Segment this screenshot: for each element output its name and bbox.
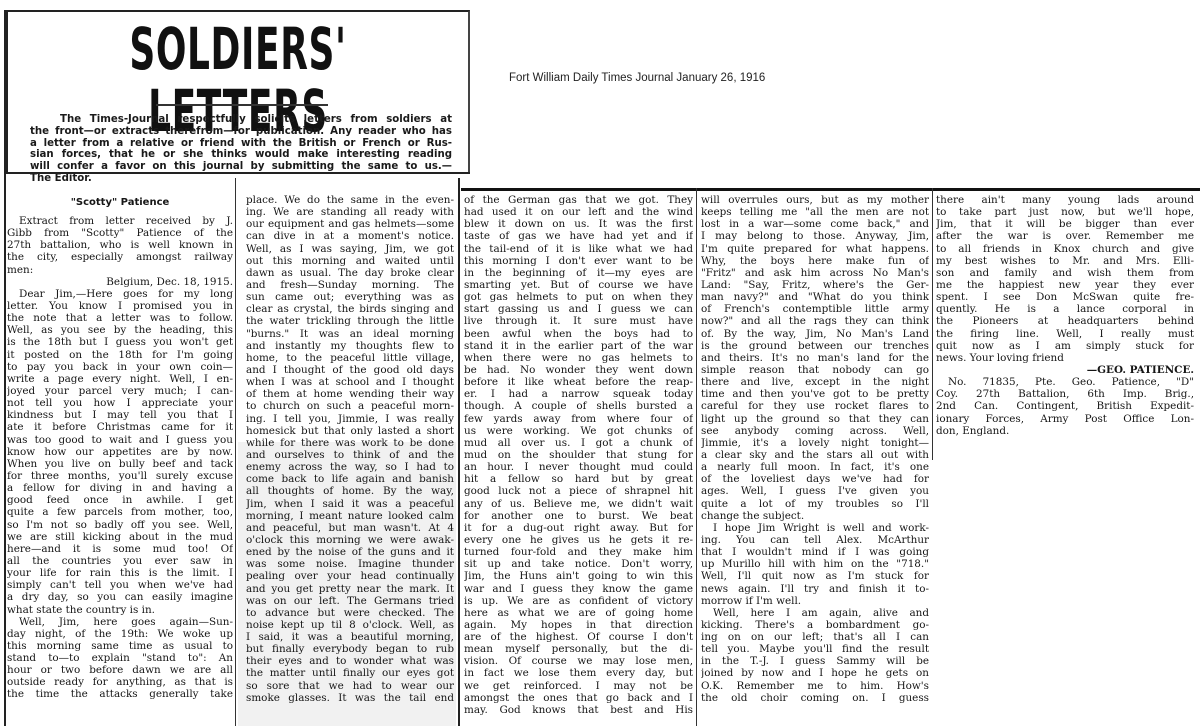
article-text-line: of French's contemptible little army — [701, 303, 929, 315]
article-text-line: hour or two before dawn we are all — [7, 664, 233, 676]
article-text-line: after the war is over. Remember me — [936, 230, 1194, 242]
article-text-line: so sore that we had to wear our — [246, 680, 454, 692]
left-border-rule — [4, 10, 6, 726]
article-text-line: Well, as I was saying, Jim, we got — [246, 243, 454, 255]
article-text-line: what state the country is in. — [7, 604, 233, 616]
editor-notice-line: will confer a favor on this journal by s… — [30, 161, 452, 173]
column-divider — [235, 178, 236, 726]
article-text-line: Well, I'll quit now as I'm stuck for — [701, 570, 929, 582]
article-text-line: was on our left. The Germans tried — [246, 595, 454, 607]
article-text-line: son and family and wish them from — [936, 267, 1194, 279]
article-text-line: ing. I tell you, Jimmie, I was really — [246, 413, 454, 425]
article-text-line: to pay you back in your own coin— — [7, 361, 233, 373]
article-text-line: home, to the peaceful little village, — [246, 352, 454, 364]
article-text-line: is the ground between our trenches — [701, 340, 929, 352]
article-text-line: come back to life again and banish — [246, 473, 454, 485]
column-divider — [458, 178, 460, 726]
article-text-line: start gassing us and I guess we can — [464, 303, 693, 315]
article-text-line: sit up and take notice. Don't worry, — [464, 558, 693, 570]
article-text-line: me the happiest new year they ever — [936, 279, 1194, 291]
article-text-line: the water trickling through the little — [246, 315, 454, 327]
article-text-line: Extract from letter received by J. — [7, 215, 233, 227]
article-text-line: time and then you've got to be pretty — [701, 388, 929, 400]
article-text-line: ages. Well, I guess I've given you — [701, 485, 929, 497]
article-text-line: so I'm not so badly off you see. Well, — [7, 519, 233, 531]
article-text-line: we get reinforced. I may not be — [464, 680, 693, 692]
article-text-line: of the German gas that we got. They — [464, 194, 693, 206]
newspaper-clipping: SOLDIERS' LETTERS The Times-Journal resp… — [0, 0, 1200, 726]
article-text-line: simple reason that nobody can go — [701, 364, 929, 376]
article-text-line: there ain't many young lads around — [936, 194, 1194, 206]
article-text-line: good luck not a piece of shrapnel hit — [464, 485, 693, 497]
editor-notice-line: The Times-Journal respectfully solicits … — [30, 114, 452, 126]
article-text-line: Why, the boys here make fun of — [701, 255, 929, 267]
article-text-line: mud on the shoulder that stung for — [464, 449, 693, 461]
article-text-line: dawn as usual. The day broke clear — [246, 267, 454, 279]
article-text-line: not tell you how I appreciate your — [7, 397, 233, 409]
article-text-line: up Murillo hill with him on the "718." — [701, 558, 929, 570]
column-divider — [696, 188, 697, 726]
article-text-line: this morning I don't ever want to be — [464, 255, 693, 267]
article-text-line: a clear sky and the stars all out with — [701, 449, 929, 461]
article-text-line: the Pioneers at headquarters behind — [936, 315, 1194, 327]
article-text-line: o'clock this morning we were awak- — [246, 534, 454, 546]
article-text-line: are of the highest. Of course I don't — [464, 631, 693, 643]
article-text-line: amongst the ones that go back and I — [464, 692, 693, 704]
article-text-line: this morning same time as usual to — [7, 640, 233, 652]
article-text-line: news again. I'll try and finish it to- — [701, 583, 929, 595]
editor-notice-line: sian forces, that he or she thinks would… — [30, 149, 452, 161]
article-text-line: their eyes and to wonder what was — [246, 655, 454, 667]
article-text-line: and you get pretty near the mark. It — [246, 583, 454, 595]
article-text-line: vision. Of course we may lose men, — [464, 655, 693, 667]
article-text-line: Gibb from "Scotty" Patience of the — [7, 227, 233, 239]
article-text-line: is the 18th but I guess you won't get — [7, 336, 233, 348]
article-text-line: when there were no gas helmets to — [464, 352, 693, 364]
article-text-line: Jim, that it will be bigger than ever — [936, 218, 1194, 230]
article-text-line: good feed once in awhile. I get — [7, 494, 233, 506]
editor-notice-line: a letter from a relative or friend with … — [30, 138, 452, 150]
article-text-line: Jim, when I said it was a peaceful — [246, 498, 454, 510]
article-text-line: O.K. Remember me to him. How's — [701, 680, 929, 692]
article-text-line: the note that a letter was to follow. — [7, 312, 233, 324]
article-text-line: will overrules ours, but as my mother — [701, 194, 929, 206]
article-text-line: noise kept up til 8 o'clock. Well, as — [246, 619, 454, 631]
column-divider — [932, 188, 933, 460]
article-headline: "Scotty" Patience — [7, 195, 233, 211]
article-text-line: —GEO. PATIENCE. — [936, 364, 1194, 376]
article-text-line: got gas helmets to put on when they — [464, 291, 693, 303]
article-text-line: ate it before Christmas came for it — [7, 421, 233, 433]
article-text-line: 27th battalion, who is well known in — [7, 239, 233, 251]
article-text-line: mud all over us. I got a chunk of — [464, 437, 693, 449]
article-text-line: and peaceful, but man wasn't. At 4 — [246, 522, 454, 534]
article-text-line: write a page every night. Well, I en- — [7, 373, 233, 385]
article-text-line: but finally everybody began to rub — [246, 643, 454, 655]
article-text-line: for another one to burst. We beat — [464, 510, 693, 522]
article-text-line: enemy across the way, so I had to — [246, 461, 454, 473]
article-text-line: can dive in at a moment's notice. — [246, 230, 454, 242]
article-text-line: was too good to wait and I guess you — [7, 434, 233, 446]
article-text-line: there and live, except in the night — [701, 376, 929, 388]
article-text-line: is up. We are as confident of victory — [464, 595, 693, 607]
article-text-line: a fellow for diving in and having a — [7, 482, 233, 494]
article-text-line: ionary Forces, Army Post Office Lon- — [936, 413, 1194, 425]
article-text-line: tell you. Maybe you'll find the result — [701, 643, 929, 655]
article-text-line: we are still kicking about in the mud — [7, 531, 233, 543]
article-text-line: in fact we lose them every day, but — [464, 667, 693, 679]
article-text-line: clear as crystal, the birds singing and — [246, 303, 454, 315]
article-text-line: here as what we are of going home — [464, 607, 693, 619]
article-text-line: our equipment and gas helmets—some — [246, 218, 454, 230]
article-text-line: morning, I meant nature looked calm — [246, 510, 454, 522]
article-text-line: change the subject. — [701, 510, 929, 522]
article-text-line: an hour. I never thought mud could — [464, 461, 693, 473]
article-text-line: quit now as I am simply stuck for — [936, 340, 1194, 352]
article-text-line: war and I guess they know the game — [464, 583, 693, 595]
article-text-line: to take part just now, but we'll hope, — [936, 206, 1194, 218]
article-text-line: see anybody coming across. Well, — [701, 425, 929, 437]
article-text-line: and ourselves to think of and the — [246, 449, 454, 461]
article-text-line: kindness but I may tell you that I — [7, 409, 233, 421]
article-column-1: "Scotty" Patience Extract from letter re… — [7, 195, 233, 701]
article-column-3: of the German gas that we got. Theyhad u… — [464, 194, 693, 716]
article-text-line: and theirs. It's no man's land for the — [701, 352, 929, 364]
article-text-line: the old choir coming on. I guess — [701, 692, 929, 704]
article-text-line: here—and it is some mud too! Of — [7, 543, 233, 555]
article-text-line: stand to—to explain "stand to": An — [7, 652, 233, 664]
article-text-line: homesick but that only lasted a short — [246, 425, 454, 437]
article-text-line: the tail-end of it is like what we had — [464, 243, 693, 255]
article-text-line: in the T.-J. I guess Sammy will be — [701, 655, 929, 667]
article-text-line: ened by the noise of the guns and it — [246, 546, 454, 558]
article-text-line: again. My hopes in that direction — [464, 619, 693, 631]
masthead-divider — [156, 104, 328, 106]
article-text-line: the time the attacks generally take — [7, 688, 233, 700]
article-text-line: light up the ground so that they can — [701, 413, 929, 425]
article-text-line: it for a dug-out right away. But for — [464, 522, 693, 534]
article-column-2: place. We do the same in the even-ing. W… — [246, 194, 454, 704]
article-text-line: I hope Jim Wright is well and work- — [701, 522, 929, 534]
article-text-line: before it like wheat before the reap- — [464, 376, 693, 388]
article-text-line: the city, especially amongst railway — [7, 251, 233, 263]
source-caption: Fort William Daily Times Journal January… — [509, 72, 765, 84]
article-text-line: kicking. There's a bombardment go- — [701, 619, 929, 631]
article-text-line: all the countries you ever saw in — [7, 555, 233, 567]
article-text-line: mean myself personally, but the di- — [464, 643, 693, 655]
article-text-line: outside ready for anything, as that is — [7, 676, 233, 688]
article-text-line: don, England. — [936, 425, 1194, 437]
article-text-line: every one he gives us he gets it re- — [464, 534, 693, 546]
article-text-line: to all friends in Knox church and give — [936, 243, 1194, 255]
article-text-line: joined by now and I hope he gets on — [701, 667, 929, 679]
article-text-line: Coy. 27th Battalion, 6th Imp. Brig., — [936, 388, 1194, 400]
article-text-line: of them at home wending their way — [246, 388, 454, 400]
article-text-line: stand it in the earlier part of the war — [464, 340, 693, 352]
article-text-line: er. I had a narrow squeak today — [464, 388, 693, 400]
article-text-line: a dry day, so you can easily imagine — [7, 591, 233, 603]
article-text-line: careful for they use rocket flares to — [701, 400, 929, 412]
article-text-line: news. Your loving friend — [936, 352, 1194, 364]
article-text-line: it posted on the 18th for I'm going — [7, 349, 233, 361]
article-text-line: Jim, the Huns ain't going to win this — [464, 570, 693, 582]
article-column-4: will overrules ours, but as my motherkee… — [701, 194, 929, 704]
article-text-line: and I thought of the good old days — [246, 364, 454, 376]
article-text-line: to advance but were checked. The — [246, 607, 454, 619]
article-text-line: and fresh—Sunday morning. The — [246, 279, 454, 291]
article-text-line: I may belong to those. Anyway, Jim, — [701, 230, 929, 242]
article-text-line: Well, as you see by the heading, this — [7, 324, 233, 336]
article-text-line: while for there was work to be done — [246, 437, 454, 449]
article-text-line: when I was at school and I thought — [246, 376, 454, 388]
article-text-line: and instantly my thoughts flew to — [246, 340, 454, 352]
article-text-line: a nearly full moon. In fact, it's one — [701, 461, 929, 473]
article-text-line: the matter until finally our eyes got — [246, 667, 454, 679]
masthead-box: SOLDIERS' LETTERS The Times-Journal resp… — [6, 10, 470, 172]
article-text-line: any of us. Believe me, we didn't wait — [464, 498, 693, 510]
editor-notice: The Times-Journal respectfully solicits … — [30, 114, 452, 185]
article-text-line: 2nd Can. Contingent, British Expedit- — [936, 400, 1194, 412]
article-text-line: morrow if I'm well. — [701, 595, 929, 607]
article-text-line: of the loveliest days we've had for — [701, 473, 929, 485]
article-text-line: be had. No wonder they went down — [464, 364, 693, 376]
article-text-line: spent. I see Don McSwan quite fre- — [936, 291, 1194, 303]
article-text-line: joyed your parcel very much; I can- — [7, 385, 233, 397]
article-text-line: ing on on our left; that's all I can — [701, 631, 929, 643]
article-text-line: taste of gas we have had yet and if — [464, 230, 693, 242]
article-text-line: Well, Jim, here goes again—Sun- — [7, 616, 233, 628]
article-text-line: "Fritz" and ask him across No Man's — [701, 267, 929, 279]
article-text-line: man navy?" and "What do you think — [701, 291, 929, 303]
article-text-line: ing. We are standing all ready with — [246, 206, 454, 218]
editor-notice-line: The Editor. — [30, 173, 452, 185]
article-text-line: lost in a war—some come back," and — [701, 218, 929, 230]
article-text-line: I'm quite prepared for what happens. — [701, 243, 929, 255]
article-text-line: that I wouldn't mind if I was going — [701, 546, 929, 558]
article-text-line: Well, here I am again, alive and — [701, 607, 929, 619]
article-text-line: hit a fellow so hard but by great — [464, 473, 693, 485]
article-text-line: blew it down on us. It was the first — [464, 218, 693, 230]
article-text-line: simply can't tell you when we've had — [7, 579, 233, 591]
article-text-line: men: — [7, 264, 233, 276]
article-text-line: us were working. We got chunks of — [464, 425, 693, 437]
article-text-line: I said, it was a beautiful morning, — [246, 631, 454, 643]
article-text-line: your life for rain this is the limit. I — [7, 567, 233, 579]
article-text-line: Land: "Say, Fritz, where's the Ger- — [701, 279, 929, 291]
article-text-line: though. A couple of shells bursted a — [464, 400, 693, 412]
article-text-line: few yards away from where four of — [464, 413, 693, 425]
article-text-line: pealing over your head continually — [246, 570, 454, 582]
article-text-line: quently. He is a lance corporal in — [936, 303, 1194, 315]
article-text-line: No. 71835, Pte. Geo. Patience, "D" — [936, 376, 1194, 388]
article-text-line: live through it. It sure must have — [464, 315, 693, 327]
article-text-line: out this morning and waited until — [246, 255, 454, 267]
article-text-line: Dear Jim,—Here goes for my long — [7, 288, 233, 300]
article-text-line: the firing line. Well, I really must — [936, 328, 1194, 340]
article-text-line: was some noise. Imagine thunder — [246, 558, 454, 570]
article-text-line: had used it on our left and the wind — [464, 206, 693, 218]
article-text-line: smarting yet. But of course we have — [464, 279, 693, 291]
article-text-line: day night, of the 19th: We woke up — [7, 628, 233, 640]
editor-notice-line: the front—or extracts therefrom—for publ… — [30, 126, 452, 138]
article-text-line: of. By the way, Jim, No Man's Land — [701, 328, 929, 340]
article-text-line: keeps telling me "all the men are not — [701, 206, 929, 218]
article-text-line: Belgium, Dec. 18, 1915. — [7, 276, 233, 288]
article-text-line: turned four-fold and they make him — [464, 546, 693, 558]
article-text-line: in the beginning of it—my eyes are — [464, 267, 693, 279]
article-text-line: all thoughts of home. By the way, — [246, 485, 454, 497]
article-text-line: quite a lot of my troubles so I'll — [701, 498, 929, 510]
article-text-line: Jimmie, it's a lovely night tonight— — [701, 437, 929, 449]
article-text-line: When you live on bully beef and tack — [7, 458, 233, 470]
article-text-line: quite a few parcels from mother, too, — [7, 506, 233, 518]
article-text-line: now?" and all the rags they can think — [701, 315, 929, 327]
article-text-line: my best wishes to Mr. and Mrs. Elli- — [936, 255, 1194, 267]
article-text-line: been awful when the boys had to — [464, 328, 693, 340]
article-text-line: to church on such a peaceful morn- — [246, 400, 454, 412]
article-text-line: may. God knows that best and His — [464, 704, 693, 716]
article-text-line: "burns." It was an ideal morning — [246, 328, 454, 340]
article-column-5: there ain't many young lads aroundto tak… — [936, 194, 1194, 437]
article-text-line: ing. You can tell Alex. McArthur — [701, 534, 929, 546]
column-top-rule — [461, 188, 1200, 191]
article-text-line: place. We do the same in the even- — [246, 194, 454, 206]
article-text-line: know how our appetites are by now. — [7, 446, 233, 458]
article-text-line: smoke glasses. It was the tail end — [246, 692, 454, 704]
article-text-line: for three months, you'll surely excuse — [7, 470, 233, 482]
article-text-line: letter. You know I promised you in — [7, 300, 233, 312]
article-text-line: sun came out; everything was as — [246, 291, 454, 303]
